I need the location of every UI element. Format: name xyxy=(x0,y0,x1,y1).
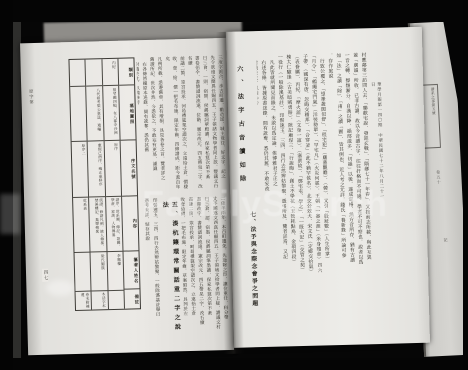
table-cell xyxy=(70,86,87,142)
watermark-spill xyxy=(0,194,20,234)
table-cell: 康熙己酉序．雍正重修序 xyxy=(88,141,105,197)
table-cell: 原序二 xyxy=(72,141,89,197)
right-folio: 四六 xyxy=(316,261,322,274)
table-cell: 梁氏闔族 xyxy=(91,251,107,290)
film-band-left xyxy=(0,0,13,370)
table-cell: 譜序．世系圖．傳記．墓圖．祭產．家訓．人物傳畧 xyxy=(106,195,123,251)
familysearch-watermark: FamilySearch xyxy=(142,183,468,233)
table-cell: 統譜．修譜凡例．族人傳畧．埜溪樓記．集樂傳畧 xyxy=(89,196,106,252)
table-header: 墓地圖照 xyxy=(119,85,136,141)
table-cell: 李鳳穆 xyxy=(107,251,123,290)
table-cell: 內紀 xyxy=(102,59,118,85)
table-cell: 卷末附補遺 xyxy=(75,290,91,310)
table-cell: 祖塋圖四幅．在八都中沙洲 xyxy=(103,85,120,141)
left-page-upper-text: 三度字派合．步古町遷．勸造逆．城主竟往．好文字．記之先令狀遠文簡異任賜四五．王子… xyxy=(136,55,225,191)
table-cell xyxy=(86,59,102,85)
table-cell xyxy=(69,60,85,86)
table-header: 類別 xyxy=(118,58,134,85)
table-header: 序文名號 xyxy=(120,140,137,196)
left-margin-label: 原字第 xyxy=(28,89,34,105)
table-cell xyxy=(108,289,124,309)
table-header: 備註 xyxy=(124,288,140,308)
catalog-table: 原序二 世系表 卷末附補遺 八代祖考梁公墓誌．遺囑 康熙己酉序．雍正重修序 統譜… xyxy=(68,57,141,311)
scan-smudge xyxy=(46,280,74,296)
table-cell: 八代祖考梁公墓誌．遺囑 xyxy=(86,85,103,141)
film-band-bottom xyxy=(0,358,468,370)
left-folio: 四七 xyxy=(42,269,48,282)
table-header: 纂著人姓名 xyxy=(123,250,139,289)
table-cell xyxy=(74,252,90,291)
film-band-top xyxy=(0,0,468,22)
table-cell: 木活字本 xyxy=(92,290,108,310)
strip-mark-lower: 記 xyxy=(442,238,448,243)
microfilm-scan: 譜系之部第五號 卷五十 記 原字第 四七 原序二 世系表 卷末附補遺 xyxy=(0,0,468,370)
table-cell: 世系表 xyxy=(73,196,90,252)
table-header: 內容 xyxy=(122,195,139,251)
table-cell: 原序 xyxy=(104,140,121,196)
